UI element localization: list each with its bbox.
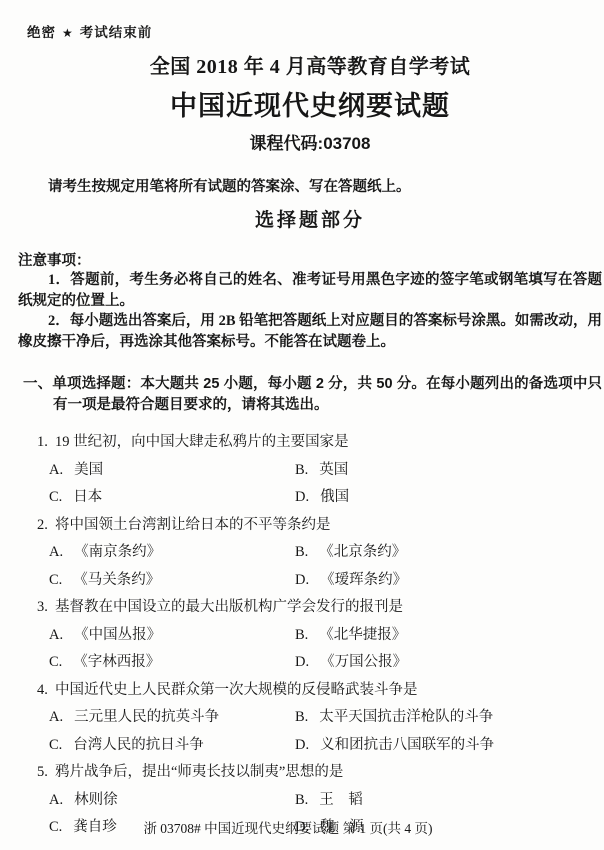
question-text: 鸦片战争后，提出“师夷长技以制夷”思想的是 xyxy=(55,759,343,787)
notes-heading: 注意事项： xyxy=(18,249,602,270)
option-label: A. xyxy=(49,622,63,650)
question-text: 19 世纪初，向中国大肆走私鸦片的主要国家是 xyxy=(55,429,349,457)
option-label: B. xyxy=(295,787,308,815)
option-d: D.《万国公报》 xyxy=(295,649,602,677)
page-footer: 浙 03708# 中国近现代史纲要试题 第 1 页(共 4 页) xyxy=(18,817,558,837)
option-a: A.三元里人民的抗英斗争 xyxy=(49,704,295,732)
option-d: D.义和团抗击八国联军的斗争 xyxy=(295,732,602,760)
option-label: D. xyxy=(295,567,309,595)
option-c: C.《字林西报》 xyxy=(49,649,295,677)
option-text: 林则徐 xyxy=(74,787,118,815)
option-text: 《北华捷报》 xyxy=(319,622,406,650)
option-text: 日本 xyxy=(73,484,102,512)
question-stem: 3. 基督教在中国设立的最大出版机构广学会发行的报刊是 xyxy=(37,594,602,622)
option-c: C.日本 xyxy=(49,484,295,512)
option-label: B. xyxy=(295,457,308,485)
option-text: 《万国公报》 xyxy=(320,649,407,677)
option-label: A. xyxy=(49,539,63,567)
option-c: C.《马关条约》 xyxy=(49,567,295,595)
option-text: 三元里人民的抗英斗争 xyxy=(74,704,219,732)
question-2: 2. 将中国领土台湾割让给日本的不平等条约是 A.《南京条约》 B.《北京条约》… xyxy=(18,512,602,595)
note-item-2: 2．每小题选出答案后，用 2B 铅笔把答题纸上对应题目的答案标号涂黑。如需改动，… xyxy=(18,311,602,352)
question-number: 2. xyxy=(37,512,55,540)
option-text: 英国 xyxy=(319,457,348,485)
question-stem: 5. 鸦片战争后，提出“师夷长技以制夷”思想的是 xyxy=(37,759,602,787)
option-text: 台湾人民的抗日斗争 xyxy=(73,732,204,760)
question-1: 1. 19 世纪初，向中国大肆走私鸦片的主要国家是 A.美国 B.英国 C.日本… xyxy=(18,429,602,512)
answer-instruction: 请考生按规定用笔将所有试题的答案涂、写在答题纸上。 xyxy=(18,175,602,196)
part-heading-text: 单项选择题：本大题共 25 小题，每小题 2 分，共 50 分。在每小题列出的备… xyxy=(52,376,602,413)
option-a: A.《南京条约》 xyxy=(49,539,295,567)
question-stem: 4. 中国近代史上人民群众第一次大规模的反侵略武装斗争是 xyxy=(37,677,602,705)
option-b: B.《北华捷报》 xyxy=(295,622,602,650)
option-a: A.美国 xyxy=(49,457,295,485)
question-4: 4. 中国近代史上人民群众第一次大规模的反侵略武装斗争是 A.三元里人民的抗英斗… xyxy=(18,677,602,760)
part-number: 一、 xyxy=(23,376,52,392)
option-text: 王 韬 xyxy=(319,787,363,815)
option-d: D.《瑷珲条约》 xyxy=(295,567,602,595)
option-label: C. xyxy=(49,484,62,512)
option-a: A.林则徐 xyxy=(49,787,295,815)
option-text: 《马关条约》 xyxy=(73,567,160,595)
question-stem: 2. 将中国领土台湾割让给日本的不平等条约是 xyxy=(37,512,602,540)
question-number: 5. xyxy=(37,759,55,787)
option-label: A. xyxy=(49,704,63,732)
option-label: B. xyxy=(295,539,308,567)
option-label: D. xyxy=(295,732,309,760)
paper-title: 中国近现代史纲要试题 xyxy=(18,84,602,123)
option-label: C. xyxy=(49,732,62,760)
option-text: 《中国丛报》 xyxy=(74,622,161,650)
option-text: 美国 xyxy=(74,457,103,485)
section-heading: 选择题部分 xyxy=(18,205,602,232)
option-label: C. xyxy=(49,649,62,677)
option-b: B.《北京条约》 xyxy=(295,539,602,567)
option-text: 《字林西报》 xyxy=(73,649,160,677)
option-d: D.俄国 xyxy=(295,484,602,512)
question-stem: 1. 19 世纪初，向中国大肆走私鸦片的主要国家是 xyxy=(37,429,602,457)
option-label: B. xyxy=(295,704,308,732)
option-c: C.台湾人民的抗日斗争 xyxy=(49,732,295,760)
course-code: 课程代码:03708 xyxy=(18,129,602,154)
option-text: 俄国 xyxy=(320,484,349,512)
option-b: B.王 韬 xyxy=(295,787,602,815)
question-text: 基督教在中国设立的最大出版机构广学会发行的报刊是 xyxy=(55,594,403,622)
note-item-1: 1．答题前，考生务必将自己的姓名、准考证号用黑色字迹的签字笔或钢笔填写在答题纸规… xyxy=(18,270,602,311)
option-text: 《南京条约》 xyxy=(74,539,161,567)
option-text: 《北京条约》 xyxy=(319,539,406,567)
option-b: B.英国 xyxy=(295,457,602,485)
option-label: B. xyxy=(295,622,308,650)
exam-session-title: 全国 2018 年 4 月高等教育自学考试 xyxy=(18,50,602,79)
option-label: A. xyxy=(49,787,63,815)
question-3: 3. 基督教在中国设立的最大出版机构广学会发行的报刊是 A.《中国丛报》 B.《… xyxy=(18,594,602,677)
option-b: B.太平天国抗击洋枪队的斗争 xyxy=(295,704,602,732)
question-number: 3. xyxy=(37,594,55,622)
question-text: 将中国领土台湾割让给日本的不平等条约是 xyxy=(55,512,331,540)
option-label: C. xyxy=(49,567,62,595)
question-list: 1. 19 世纪初，向中国大肆走私鸦片的主要国家是 A.美国 B.英国 C.日本… xyxy=(18,429,602,842)
option-grid: A.《南京条约》 B.《北京条约》 C.《马关条约》 D.《瑷珲条约》 xyxy=(49,539,602,594)
question-number: 4. xyxy=(37,677,55,705)
option-a: A.《中国丛报》 xyxy=(49,622,295,650)
option-text: 太平天国抗击洋枪队的斗争 xyxy=(319,704,493,732)
page-content: 全国 2018 年 4 月高等教育自学考试 中国近现代史纲要试题 课程代码:03… xyxy=(18,0,602,842)
option-text: 义和团抗击八国联军的斗争 xyxy=(320,732,494,760)
question-text: 中国近代史上人民群众第一次大规模的反侵略武装斗争是 xyxy=(55,677,418,705)
option-grid: A.《中国丛报》 B.《北华捷报》 C.《字林西报》 D.《万国公报》 xyxy=(49,622,602,677)
option-grid: A.美国 B.英国 C.日本 D.俄国 xyxy=(49,457,602,512)
option-grid: A.三元里人民的抗英斗争 B.太平天国抗击洋枪队的斗争 C.台湾人民的抗日斗争 … xyxy=(49,704,602,759)
part-one-heading: 一、单项选择题：本大题共 25 小题，每小题 2 分，共 50 分。在每小题列出… xyxy=(23,374,602,416)
option-label: A. xyxy=(49,457,63,485)
option-text: 《瑷珲条约》 xyxy=(320,567,407,595)
option-label: D. xyxy=(295,484,309,512)
question-number: 1. xyxy=(37,429,55,457)
option-label: D. xyxy=(295,649,309,677)
